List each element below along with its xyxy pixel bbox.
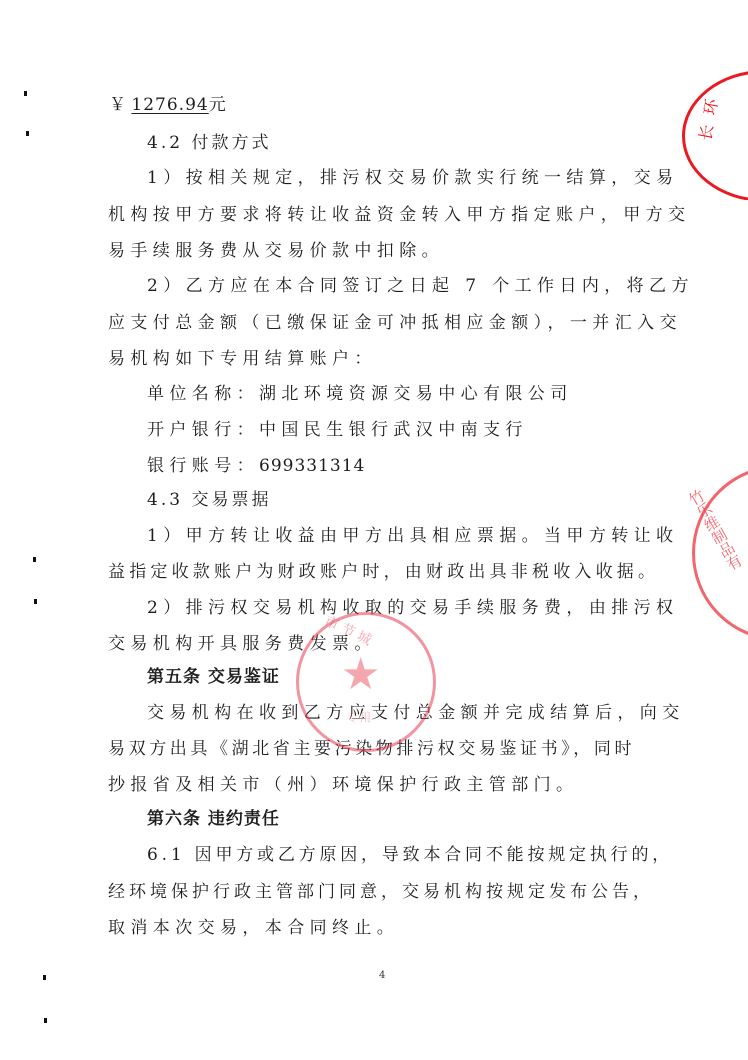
page-number: 4 (379, 970, 385, 981)
paragraph-line: 取消本次交易，本合同终止。 (108, 917, 399, 939)
margin-dot (33, 557, 36, 562)
paragraph-line: 易手续服务费从交易价款中扣除。 (108, 240, 444, 262)
paragraph-line: 抄报省及相关市（州）环境保护行政主管部门。 (108, 774, 578, 796)
paragraph-line: 应支付总金额（已缴保证金可冲抵相应金额），一并汇入交 (108, 312, 682, 334)
amount-value: 1276.94 (131, 95, 208, 115)
margin-dot (34, 599, 37, 604)
star-icon: ★ (341, 653, 380, 697)
amount-currency: ￥ (109, 95, 131, 115)
section-4-2-title: 4.2 付款方式 (147, 132, 271, 154)
amount-unit: 元 (209, 95, 226, 115)
document-page: ￥1276.94元 4.2 付款方式 1）按相关规定，排污权交易价款实行统一结算… (0, 0, 748, 1060)
paragraph-line: 1）按相关规定，排污权交易价款实行统一结算，交易 (147, 167, 678, 189)
paragraph-line: 机构按甲方要求将转让收益资金转入甲方指定账户，甲方交 (108, 204, 690, 226)
paragraph-line: 6.1 因甲方或乙方原因，导致本合同不能按规定执行的， (147, 844, 673, 866)
account-unit-name: 单位名称：湖北环境资源交易中心有限公司 (147, 383, 573, 405)
margin-dot (44, 1018, 47, 1023)
paragraph-line: 2）排污权交易机构收取的交易手续服务费，由排污权 (147, 597, 678, 619)
account-no-label: 银行账号： (147, 456, 259, 476)
bank-label: 开户银行： (147, 420, 259, 440)
margin-dot (26, 131, 29, 136)
bank-value: 中国民生银行武汉中南支行 (259, 420, 528, 440)
margin-dot (43, 975, 46, 980)
paragraph-line: 益指定收款账户为财政账户时，由财政出具非税收入收据。 (108, 561, 659, 583)
paragraph-line: 交易机构开具服务费发票。 (108, 633, 377, 655)
account-number: 银行账号：699331314 (147, 455, 365, 477)
account-bank: 开户银行：中国民生银行武汉中南支行 (147, 419, 528, 441)
amount-line: ￥1276.94元 (109, 94, 226, 116)
account-no-value: 699331314 (259, 456, 365, 476)
paragraph-line: 经环境保护行政主管部门同意，交易机构按规定发布公告， (108, 881, 654, 903)
unit-name-value: 湖北环境资源交易中心有限公司 (259, 384, 573, 404)
seam-stamp-top: 长环 (640, 40, 748, 200)
seam-stamp-right: 竹乐维制品有 (680, 455, 748, 645)
paragraph-line: 易机构如下专用结算账户： (108, 348, 377, 370)
paragraph-line: 交易机构在收到乙方应支付总金额并完成结算后，向交 (147, 702, 685, 724)
article-5-title: 第五条 交易鉴证 (147, 666, 280, 688)
margin-dot (24, 91, 27, 96)
paragraph-line: 易双方出具《湖北省主要污染物排污权交易鉴证书》，同时 (108, 738, 635, 760)
paragraph-line: 2）乙方应在本合同签订之日起 7 个工作日内，将乙方 (147, 275, 694, 297)
section-4-3-title: 4.3 交易票据 (147, 489, 271, 511)
paragraph-line: 1）甲方转让收益由甲方出具相应票据。当甲方转让收 (147, 525, 678, 547)
unit-name-label: 单位名称： (147, 384, 259, 404)
article-6-title: 第六条 违约责任 (147, 808, 280, 830)
